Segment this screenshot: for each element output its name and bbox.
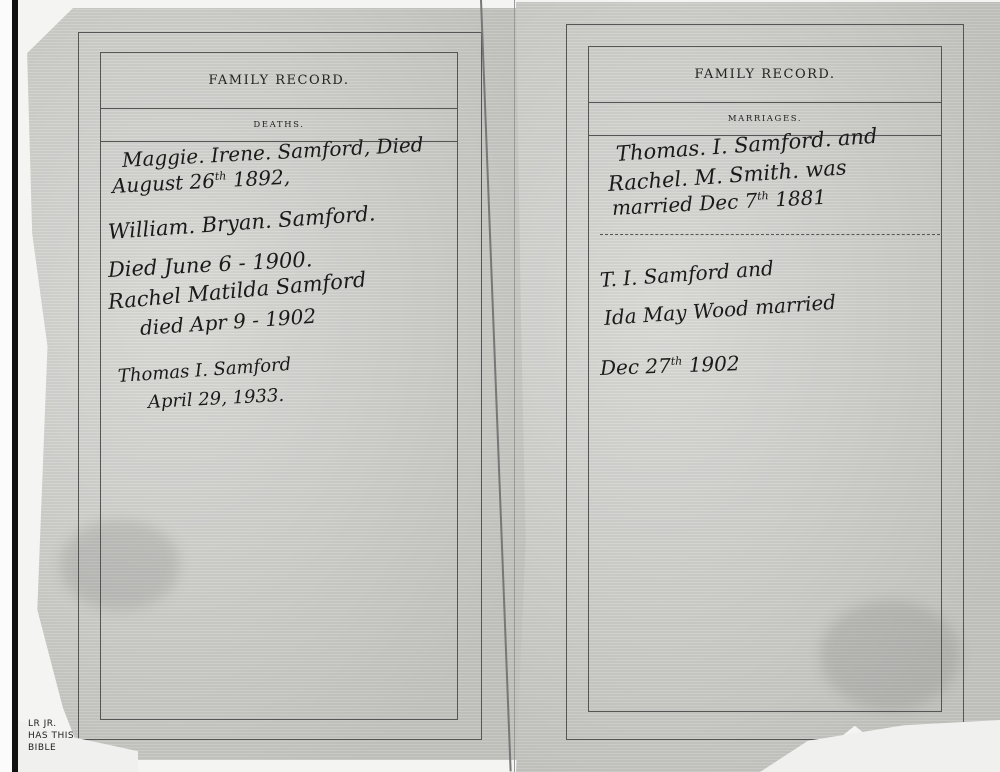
margin-note: LR JR. HAS THIS BIBLE	[28, 718, 74, 754]
death-entry-1-year: 1892,	[226, 165, 291, 192]
marriage-entry-2-year: 1902	[682, 351, 740, 377]
scanner-margin	[0, 0, 12, 772]
left-page-title: FAMILY RECORD.	[101, 53, 457, 109]
marriage-entry-2-line3: Dec 27th 1902	[600, 351, 740, 380]
margin-note-line1: LR JR.	[28, 718, 74, 730]
ordinal-suffix: th	[214, 169, 226, 183]
marriage-entry-1-year: 1881	[768, 185, 826, 212]
margin-note-line2: HAS THIS	[28, 730, 74, 742]
page-gutter-edge	[514, 0, 515, 772]
ordinal-suffix: th	[757, 189, 769, 203]
marriage-entry-2-date: Dec 27	[600, 354, 672, 380]
right-page-title: FAMILY RECORD.	[589, 47, 941, 103]
separator-dashes	[600, 234, 940, 236]
margin-note-line3: BIBLE	[28, 742, 74, 754]
scanner-edge	[12, 0, 18, 772]
ordinal-suffix: th	[670, 354, 682, 367]
